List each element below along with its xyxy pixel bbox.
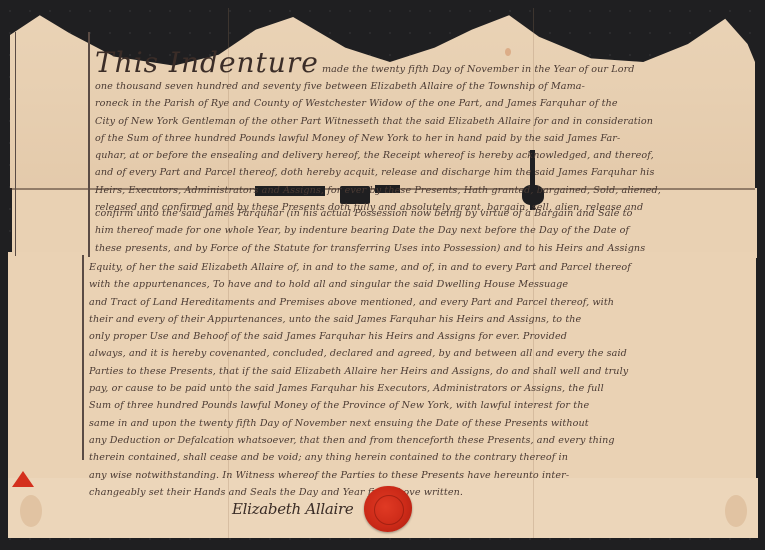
text-line: with the appurtenances, To have and to h… bbox=[89, 276, 753, 293]
text-line: therein contained, shall cease and be vo… bbox=[89, 449, 753, 466]
wax-seal-icon bbox=[364, 486, 412, 532]
text-line: these presents, and by Force of the Stat… bbox=[95, 240, 755, 257]
wax-seal-fragment bbox=[12, 471, 34, 487]
text-line: City of New York Gentleman of the other … bbox=[95, 113, 755, 130]
text-line: and Tract of Land Hereditaments and Prem… bbox=[89, 294, 753, 311]
text-line: only proper Use and Behoof of the said J… bbox=[89, 328, 753, 345]
left-margin-rule bbox=[15, 32, 16, 256]
text-line: Parties to these Presents, that if the s… bbox=[89, 363, 753, 380]
text-line: any Deduction or Defalcation whatsoever,… bbox=[89, 432, 753, 449]
text-line: one thousand seven hundred and seventy f… bbox=[95, 78, 755, 95]
deed-middle-text: confirm unto the said James Farquhar (in… bbox=[95, 205, 755, 257]
margin-rule bbox=[88, 32, 90, 257]
signature: Elizabeth Allaire bbox=[232, 500, 353, 518]
deed-lower-text: Equity, of her the said Elizabeth Allair… bbox=[89, 259, 753, 501]
deed-title: This Indenture bbox=[95, 48, 319, 78]
text-line: their and every of their Appurtenances, … bbox=[89, 311, 753, 328]
text-line: any wise notwithstanding. In Witness whe… bbox=[89, 467, 753, 484]
deed-upper-text: This Indenture made the twenty fifth Day… bbox=[95, 48, 755, 216]
text-line: of the Sum of three hundred Pounds lawfu… bbox=[95, 130, 755, 147]
text-line: same in and upon the twenty fifth Day of… bbox=[89, 415, 753, 432]
text-line: confirm unto the said James Farquhar (in… bbox=[95, 205, 755, 222]
text-line: quhar, at or before the ensealing and de… bbox=[95, 147, 755, 164]
text-line: Heirs, Executors, Administrators and Ass… bbox=[95, 182, 755, 199]
text-line: Equity, of her the said Elizabeth Allair… bbox=[89, 259, 753, 276]
text-line: and of every Part and Parcel thereof, do… bbox=[95, 164, 755, 181]
text-line: always, and it is hereby covenanted, con… bbox=[89, 345, 753, 362]
stain bbox=[20, 495, 42, 527]
text-line: him thereof made for one whole Year, by … bbox=[95, 222, 755, 239]
text-line: changeably set their Hands and Seals the… bbox=[89, 484, 753, 501]
text-line: roneck in the Parish of Rye and County o… bbox=[95, 95, 755, 112]
margin-rule bbox=[82, 255, 84, 460]
text-line: pay, or cause to be paid unto the said J… bbox=[89, 380, 753, 397]
text-line: Sum of three hundred Pounds lawful Money… bbox=[89, 397, 753, 414]
text-line: made the twenty fifth Day of November in… bbox=[322, 64, 635, 75]
